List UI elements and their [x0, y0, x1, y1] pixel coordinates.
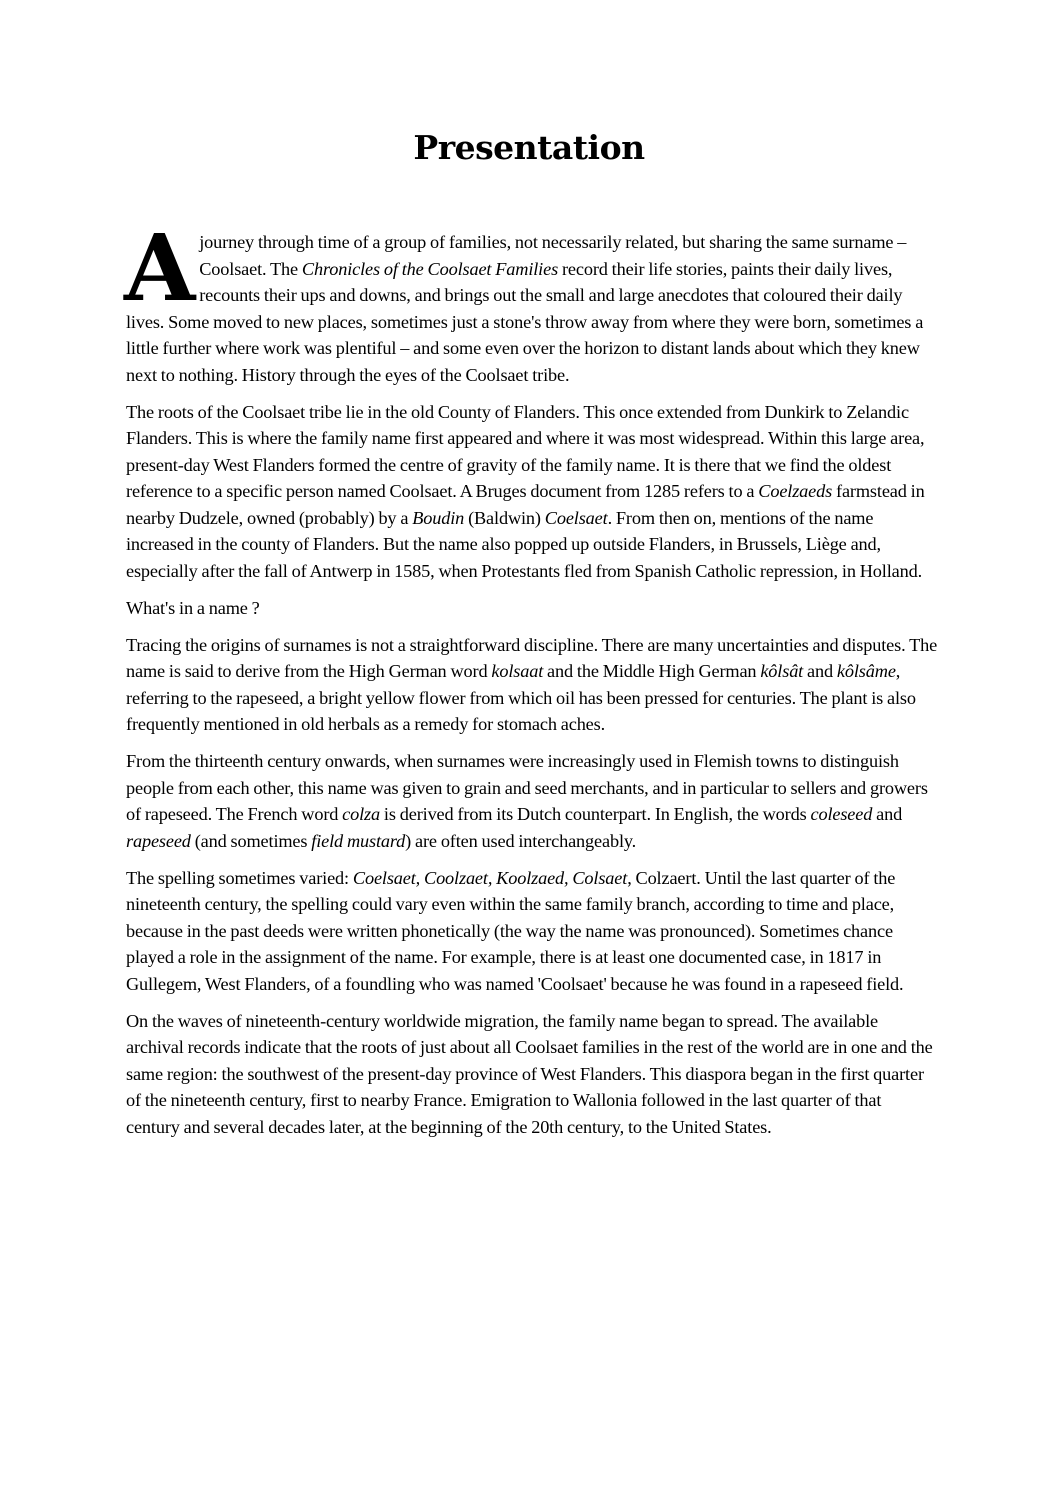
italic-text: kolsaat	[491, 661, 543, 681]
italic-text: colza	[342, 804, 380, 824]
italic-text: Boudin	[412, 508, 464, 528]
text-run: (and sometimes	[191, 831, 312, 851]
text-run: and	[803, 661, 837, 681]
paragraph-thirteenth-century: From the thirteenth century onwards, whe…	[126, 748, 938, 854]
italic-text: Coelsaet, Coolzaet, Koolzaed, Colsaet	[353, 868, 627, 888]
italic-text: Coelzaeds	[758, 481, 832, 501]
italic-text: coleseed	[810, 804, 872, 824]
text-run: ) are often used interchangeably.	[405, 831, 636, 851]
text-run: The spelling sometimes varied:	[126, 868, 353, 888]
italic-text: kôlsâme	[837, 661, 896, 681]
document-page: Presentation A journey through time of a…	[0, 0, 1058, 1497]
document-body: A journey through time of a group of fam…	[126, 229, 938, 1151]
text-run: is derived from its Dutch counterpart. I…	[380, 804, 810, 824]
italic-text: Coelsaet	[545, 508, 608, 528]
paragraph-migration: On the waves of nineteenth-century world…	[126, 1008, 938, 1141]
text-run: (Baldwin)	[464, 508, 545, 528]
paragraph-origins: Tracing the origins of surnames is not a…	[126, 632, 938, 738]
text-run: and the Middle High German	[543, 661, 760, 681]
page-title: Presentation	[0, 126, 1058, 170]
paragraph-whats-in-a-name: What's in a name ?	[126, 595, 938, 622]
paragraph-intro: A journey through time of a group of fam…	[126, 229, 938, 388]
text-run: What's in a name ?	[126, 598, 260, 618]
italic-text: field mustard	[311, 831, 405, 851]
text-run: On the waves of nineteenth-century world…	[126, 1011, 933, 1137]
italic-text: rapeseed	[126, 831, 191, 851]
paragraph-spelling: The spelling sometimes varied: Coelsaet,…	[126, 865, 938, 998]
text-run: and	[872, 804, 902, 824]
italic-text: Chronicles of the Coolsaet Families	[302, 259, 558, 279]
paragraph-roots: The roots of the Coolsaet tribe lie in t…	[126, 399, 938, 585]
drop-cap: A	[124, 234, 195, 304]
italic-text: kôlsât	[760, 661, 803, 681]
